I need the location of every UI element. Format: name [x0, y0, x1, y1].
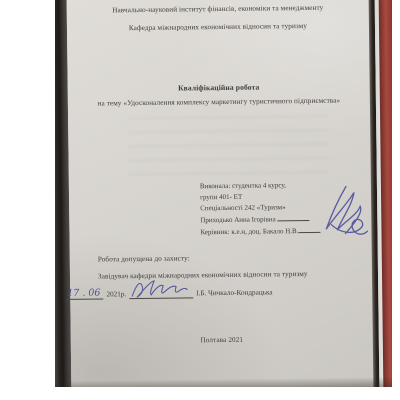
work-type-title: Кваліфікаційна робота — [68, 81, 370, 94]
thesis-topic: на тему «Удосконалення комплексу маркети… — [68, 96, 370, 108]
author-name: Приходько Анна Ігорівна — [200, 215, 276, 224]
department-head-name: І.Б. Чичкало-Кондрацька — [196, 288, 272, 298]
show-through-ghost — [128, 115, 329, 177]
thesis-title-page: Навчально-науковий інститут фінансів, ек… — [67, 0, 374, 387]
year-label: 2021р. — [106, 290, 126, 299]
supervisor-signature-handwriting — [312, 183, 371, 240]
supervisor-name: Керівник: к.е.н, доц. Бакало Н.В. — [200, 227, 298, 236]
head-signature-line — [129, 287, 193, 299]
institute-name: Навчально-науковий інститут фінансів, ек… — [67, 3, 369, 15]
supervisor-line: Керівник: к.е.н, доц. Бакало Н.В. — [200, 225, 320, 238]
photo-content: Навчально-науковий інститут фінансів, ек… — [55, 0, 392, 387]
admission-heading: Робота допущена до захисту: — [98, 254, 190, 263]
city-year: Полтава 2021 — [71, 334, 373, 346]
author-block: Виконала: студентка 4 курсу, групи 401- … — [200, 180, 321, 238]
document-photo: Навчально-науковий інститут фінансів, ек… — [55, 0, 392, 387]
author-signature-line — [277, 213, 309, 221]
department-name: Кафедра міжнародних економічних відносин… — [67, 21, 369, 33]
handwritten-date: 17 . 06 — [66, 287, 103, 299]
head-signature-handwriting — [129, 277, 189, 300]
date-signature-row: 17 . 06 2021р. І.Б. Чичкало-Кондрацька — [66, 285, 272, 300]
